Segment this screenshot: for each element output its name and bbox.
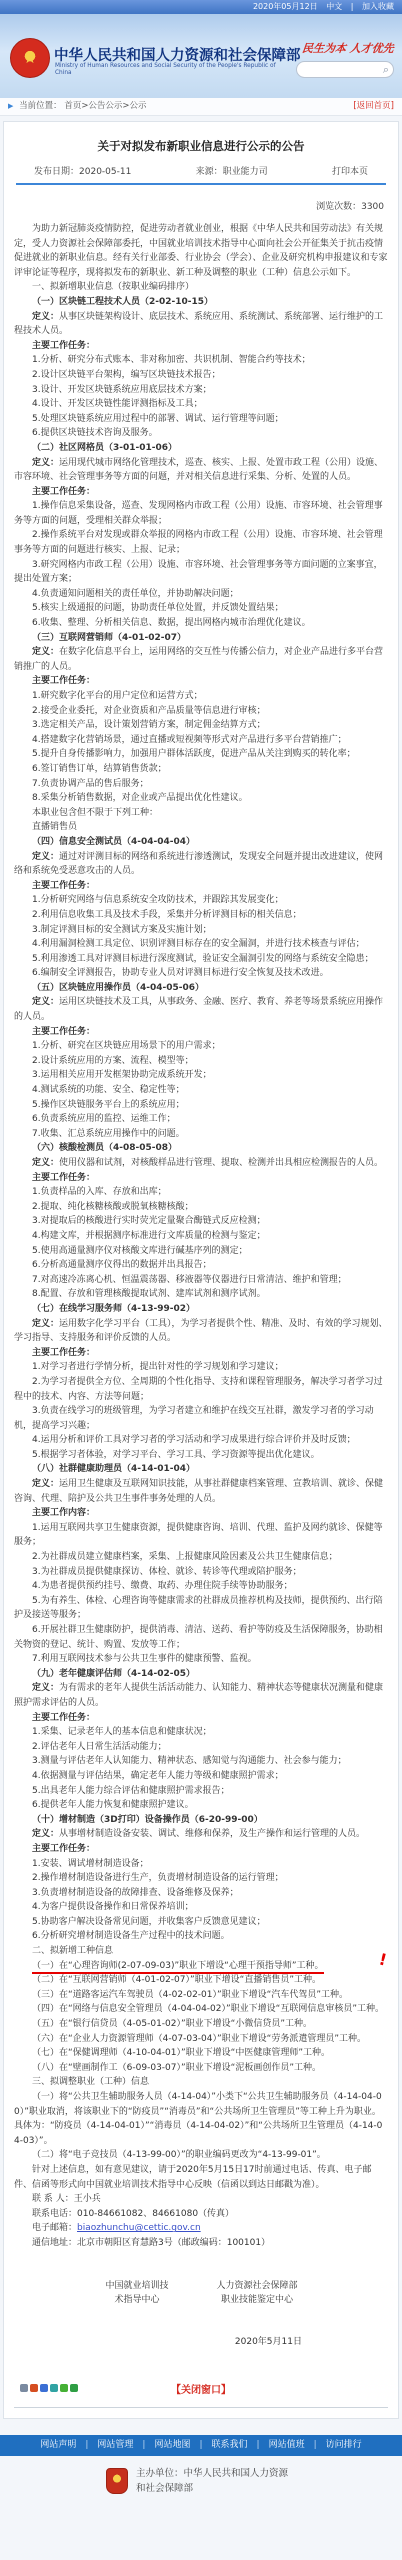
back-home-link[interactable]: [返回首页] <box>353 98 394 115</box>
article-paragraph: （八）社群健康助理员（4-14-01-04） <box>14 1462 388 1477</box>
article-paragraph: 定义：在数字化信息平台上，运用网络的交互性与传播公信力，对企业产品进行多平台营销… <box>14 645 388 674</box>
article-paragraph: 电子邮箱：biaozhunchu@cettic.gov.cn <box>14 2221 388 2236</box>
article-paragraph: 主要工作任务： <box>14 1842 388 1857</box>
article-paragraph: 1.研究数字化平台的用户定位和运营方式； <box>14 689 388 704</box>
article-paragraph: 主要工作任务： <box>14 674 388 689</box>
topbar-separator: | <box>351 2 354 11</box>
article-paragraph: （六）核酸检测员（4-08-05-08） <box>14 1141 388 1156</box>
article-paragraph: 2.操作系统平台对发现或群众举报的网格内市政工程（公用）设施、市容环境、社会管理… <box>14 528 388 557</box>
article-paragraph: （四）在“网络与信息安全管理员（4-04-04-02）”职业下增设“互联网信息审… <box>14 2002 388 2017</box>
article-body: 为助力新冠肺炎疫情防控，促进劳动者就业创业，根据《中华人民共和国劳动法》有关规定… <box>14 222 388 2251</box>
article-paragraph: 1.分析、研究在区块链应用场景下的用户需求； <box>14 1039 388 1054</box>
article-paragraph: 定义：运用现代城市网络化管理技术，巡查、核实、上报、处置市政工程（公用）设施、市… <box>14 456 388 485</box>
article-paragraph: 主要工作内容： <box>14 1506 388 1521</box>
article-paragraph: 6.开展社群卫生健康防护，提供消毒、清洁、送药、看护等防疫及生活保障服务，协助相… <box>14 1623 388 1652</box>
view-counter: 浏览次数：3300 <box>14 199 384 212</box>
article-paragraph: 一、拟新增职业信息（按职业编码排序） <box>14 280 388 295</box>
add-favorite-link[interactable]: 加入收藏 <box>362 2 394 11</box>
article-paragraph: 主要工作任务： <box>14 1711 388 1726</box>
article-paragraph: 2.为学习者提供全方位、全周期的个性化指导、支持和课程管理服务，解决学习者学习过… <box>14 1375 388 1404</box>
article-paragraph: 8.配置、存放和管理核酸提取试剂、建库试剂和测序试剂。 <box>14 1287 388 1302</box>
article-paragraph: 1.分析、研究分布式账本、非对称加密、共识机制、智能合约等技术； <box>14 353 388 368</box>
article-paragraph: 1.分析研究网络与信息系统安全攻防技术，并跟踪其发展变化； <box>14 893 388 908</box>
article-paragraph: 二、拟新增工种信息 <box>14 1944 388 1959</box>
article-paragraph: （九）老年健康评估师（4-14-02-05） <box>14 1667 388 1682</box>
article-paragraph: 针对上述信息，如有意见建议，请于2020年5月15日17时前通过电话、传真、电子… <box>14 2163 388 2192</box>
article-paragraph: 5.使用高通量测序仪对核酸文库进行碱基序列的测定； <box>14 1244 388 1259</box>
article-paragraph: 6.分析研究增材制造设备生产过程中的技术问题。 <box>14 1929 388 1944</box>
article-paragraph: 2.设计系统应用的方案、流程、模型等； <box>14 1054 388 1069</box>
article-paragraph: 定义：运用数字化学习平台（工具），为学习者提供个性、精准、及时、有效的学习规划、… <box>14 1317 388 1346</box>
signature-org-1: 中国就业培训技术指导中心 <box>103 2279 171 2308</box>
article-paragraph: 2.提取、纯化核糖核酸或脱氧核糖核酸； <box>14 1200 388 1215</box>
article-paragraph: 2.利用信息收集工具及技术手段，采集并分析评测目标的相关信息； <box>14 908 388 923</box>
definition-label: 定义： <box>32 312 59 322</box>
close-row: 【关闭窗口】 <box>14 2381 388 2397</box>
article-paragraph: （六）在“企业人力资源管理师（4-07-03-04）”职业下增设“劳务派遣管理员… <box>14 2032 388 2047</box>
article-paragraph: 主要工作任务： <box>14 1171 388 1186</box>
article-paragraph: 定义：为有需求的老年人提供生活活动能力、认知能力、精神状态等健康状况测量和健康照… <box>14 1681 388 1710</box>
article-meta: 发布日期：2020-05-11 来源：职业能力司 打印本页 <box>14 164 388 177</box>
article-paragraph: 8.采集分析销售数据，对企业或产品提出优化性建议。 <box>14 791 388 806</box>
publish-date: 发布日期：2020-05-11 <box>34 164 131 177</box>
article-paragraph: 2.操作增材制造设备进行生产，负责增材制造设备的运行管理； <box>14 1871 388 1886</box>
breadcrumb[interactable]: 首页>公告公示>公示 <box>64 101 146 111</box>
article-paragraph: 3.设计、开发区块链系统应用底层技术方案； <box>14 383 388 398</box>
article-paragraph: 三、拟调整职业（工种）信息 <box>14 2075 388 2090</box>
article-paragraph: 6.负责系统应用的监控、运维工作； <box>14 1112 388 1127</box>
page-title: 关于对拟发布新职业信息进行公示的公告 <box>14 138 388 154</box>
article-paragraph: （十）增材制造（3D打印）设备操作员（6-20-99-00） <box>14 1813 388 1828</box>
article-paragraph: 主要工作任务： <box>14 879 388 894</box>
article-paragraph: 3.选定相关产品，设计策划营销方案，制定佣金结算方式； <box>14 718 388 733</box>
article-paragraph: （七）在“保健调理师（4-10-04-01）”职业下增设“中医健康管理师”工种。 <box>14 2046 388 2061</box>
blue-divider <box>16 183 386 185</box>
footer-link[interactable]: 网站值班 <box>260 2435 314 2456</box>
article-paragraph: 4.为患者提供预约挂号、缴费、取药、办理住院手续等协助服务； <box>14 1579 388 1594</box>
definition-label: 定义： <box>32 647 59 657</box>
article-paragraph: 6.编制安全评测报告，协助专业人员对评测目标进行安全恢复及技术改进。 <box>14 966 388 981</box>
definition-label: 定义： <box>32 1319 59 1329</box>
share-more-icon[interactable] <box>70 2384 78 2392</box>
article-paragraph: （三）在“道路客运汽车驾驶员（4-02-02-01）”职业下增设“汽车代驾员”工… <box>14 1988 388 2003</box>
national-emblem-logo: ★ <box>10 38 50 78</box>
article-paragraph: （五）区块链应用操作员（4-04-05-06） <box>14 981 388 996</box>
article-paragraph: 5.协助客户解决设备常见问题，并收集客户反馈意见建议； <box>14 1915 388 1930</box>
article-paragraph: 4.搭建数字化营销场景，通过直播或短视频等形式对产品进行多平台营销推广； <box>14 733 388 748</box>
definition-label: 定义： <box>32 1829 59 1839</box>
top-utility-bar: 2020年05月12日 中文 | 加入收藏 <box>0 0 402 14</box>
article-paragraph: 1.负责样品的入库、存放和出库； <box>14 1185 388 1200</box>
footer-link[interactable]: 联系我们 <box>203 2435 257 2456</box>
article-paragraph: （八）在“壁画制作工（6-09-03-07）”职业下增设“泥板画创作员”工种。 <box>14 2061 388 2076</box>
article-paragraph: 5.出具老年人能力综合评估和健康照护需求报告； <box>14 1784 388 1799</box>
article-paragraph: （一）在“心理咨询师(2-07-09-03)”职业下增设“心理干预指导师”工种。… <box>14 1959 388 1974</box>
article-paragraph: 联 系 人：王小兵 <box>14 2192 388 2207</box>
definition-label: 定义： <box>32 1158 59 1168</box>
article-paragraph: 5.提升自身传播影响力，加强用户群体活跃度，促进产品从关注到购买的转化率； <box>14 747 388 762</box>
article-paragraph: （七）在线学习服务师（4-13-99-02） <box>14 1302 388 1317</box>
article-paragraph: 4.利用漏洞检测工具定位、识别评测目标存在的安全漏洞，并进行技术核查与评估； <box>14 937 388 952</box>
footer-link[interactable]: 网站地图 <box>145 2435 199 2456</box>
footer-host: 主办单位：中华人民共和国人力资源和社会保障部 <box>0 2456 402 2496</box>
article-paragraph: （一）将“公共卫生辅助服务人员（4-14-04）”小类下“公共卫生辅助服务员（4… <box>14 2090 388 2148</box>
signature-org-2: 人力资源社会保障部职业技能鉴定中心 <box>215 2279 299 2308</box>
footer-link[interactable]: 访问排行 <box>317 2435 371 2456</box>
article-paragraph: 7.收集、汇总系统应用操作中的问题。 <box>14 1127 388 1142</box>
article-paragraph: （四）信息安全测试员（4-04-04-04） <box>14 835 388 850</box>
article-paragraph: 3.制定评测目标的安全测试方案及实施计划； <box>14 923 388 938</box>
language-link[interactable]: 中文 <box>326 2 342 11</box>
article-paragraph: 4.依据测量与评估结果，确定老年人能力等级和健康照护需求； <box>14 1769 388 1784</box>
article-paragraph: 5.利用渗透工具对评测目标进行深度测试，验证安全漏洞引发的网络与系统安全隐患； <box>14 952 388 967</box>
ministry-name-en: Ministry of Human Resources and Social S… <box>55 63 290 77</box>
article-paragraph: （五）在“银行信贷员（4-05-01-02）”职业下增设“小微信贷员”工种。 <box>14 2017 388 2032</box>
article-paragraph: （二）在“互联网营销师（4-01-02-07）”职业下增设“直播销售员”工种。 <box>14 1973 388 1988</box>
email-link[interactable]: biaozhunchu@cettic.gov.cn <box>77 2223 201 2233</box>
article-paragraph: 4.测试系统的功能、安全、稳定性等； <box>14 1083 388 1098</box>
definition-label: 定义： <box>32 997 59 1007</box>
article-paragraph: 5.操作区块链服务平台上的系统应用； <box>14 1098 388 1113</box>
article-paragraph: 定义：从事区块链架构设计、底层技术、系统应用、系统测试、系统部署、运行维护的工程… <box>14 310 388 339</box>
article-paragraph: 定义：运用区块链技术及工具，从事政务、金融、医疗、教育、养老等场景系统应用操作的… <box>14 995 388 1024</box>
article-paragraph: 定义：从事增材制造设备安装、调试、维修和保养，及生产操作和运行管理的人员。 <box>14 1827 388 1842</box>
footer-emblem-icon <box>106 2468 128 2494</box>
article-paragraph: 3.为社群成员提供健康探访、体检、就诊、转诊等代理或陪护服务； <box>14 1565 388 1580</box>
article-paragraph: 本职业包含但不限于下列工种： <box>14 806 388 821</box>
article-paragraph: 通信地址：北京市朝阳区育慧路3号（邮政编码：100101） <box>14 2236 388 2251</box>
article-paragraph: 3.研究网格内市政工程（公用）设施、市容环境、社会管理事务等方面问题的立案事宜，… <box>14 558 388 587</box>
article-paragraph: （二）将“电子竞技员（4-13-99-00）”的职业编码更改为“4-13-99-… <box>14 2148 388 2163</box>
article-paragraph: 3.负责在线学习的班级管理，为学习者建立和维护在线交互社群，激发学习者的学习动机… <box>14 1404 388 1433</box>
article-paragraph: 4.为客户提供设备操作和日常保养培训； <box>14 1900 388 1915</box>
article-paragraph: 7.负责协调产品的售后服务； <box>14 777 388 792</box>
article-paragraph: 1.采集、记录老年人的基本信息和健康状况； <box>14 1725 388 1740</box>
article-paragraph: 2.为社群成员建立健康档案，采集、上报健康风险因素及公共卫生健康信息； <box>14 1550 388 1565</box>
share-douban-icon[interactable] <box>50 2384 58 2392</box>
article-paragraph: 4.运用分析和评价工具对学习者的学习活动和学习成果进行综合评价并及时反馈； <box>14 1433 388 1448</box>
red-underlined-text: （一）在“心理咨询师(2-07-09-03)”职业下增设“心理干预指导师”工种。 <box>32 1961 324 1974</box>
footer-nav-bar: 网站声明|网站管理|网站地图|联系我们|网站值班|访问排行 <box>0 2435 402 2456</box>
search-box[interactable]: ⌕ <box>296 61 394 78</box>
article-paragraph: （三）互联网营销师（4-01-02-07） <box>14 631 388 646</box>
breadcrumb-arrow-icon: ▶ <box>8 102 13 110</box>
current-date: 2020年05月12日 <box>253 2 318 11</box>
article-paragraph: 4.构建文库，并根据测序标准进行文库质量的检测与鉴定； <box>14 1229 388 1244</box>
definition-label: 定义： <box>32 1479 59 1489</box>
bottom-divider <box>14 2407 388 2408</box>
article-paragraph: 2.接受企业委托，对企业资质和产品质量等信息进行审核； <box>14 704 388 719</box>
article-paragraph: 定义：通过对评测目标的网络和系统进行渗透测试，发现安全问题并提出改进建议，使网络… <box>14 850 388 879</box>
share-wechat-icon[interactable] <box>60 2384 68 2392</box>
article-paragraph: 3.运用相关应用开发框架协助完成系统开发； <box>14 1068 388 1083</box>
site-banner: ★ 中华人民共和国人力资源和社会保障部 Ministry of Human Re… <box>0 14 402 98</box>
article-paragraph: 1.对学习者进行学情分析，提出针对性的学习规划和学习建议； <box>14 1360 388 1375</box>
share-icons <box>20 2384 78 2392</box>
share-qq-icon[interactable] <box>40 2384 48 2392</box>
article-paragraph: 主要工作任务： <box>14 339 388 354</box>
share-weibo-icon[interactable] <box>30 2384 38 2392</box>
article-paragraph: 2.评估老年人日常生活活动能力； <box>14 1740 388 1755</box>
article-paragraph: （一）区块链工程技术人员（2-02-10-15） <box>14 295 388 310</box>
article-paragraph: 主要工作任务： <box>14 1346 388 1361</box>
article-paragraph: 4.负责通知问题相关的责任单位，并协助解决问题； <box>14 587 388 602</box>
article-paragraph: 3.负责增材制造设备的故障排查、设备维修及保养； <box>14 1886 388 1901</box>
article-paragraph: 6.分析高通量测序仪得出的数据并出具报告； <box>14 1258 388 1273</box>
article-paragraph: 主要工作任务： <box>14 1025 388 1040</box>
print-page-button[interactable]: 打印本页 <box>332 164 368 177</box>
definition-label: 定义： <box>32 1683 59 1693</box>
search-icon[interactable]: ⌕ <box>383 62 389 77</box>
page: 2020年05月12日 中文 | 加入收藏 ★ 中华人民共和国人力资源和社会保障… <box>0 0 402 2496</box>
article-paragraph: 定义：使用仪器和试剂，对核酸样品进行管理、提取、检测并出具相应检测报告的人员。 <box>14 1156 388 1171</box>
article-paragraph: （二）社区网格员（3-01-01-06） <box>14 441 388 456</box>
article-paragraph: 7.利用互联网技术参与公共卫生事件的健康预警、监视。 <box>14 1652 388 1667</box>
search-input[interactable] <box>303 63 377 76</box>
article-paragraph: 1.操作信息采集设备，巡查、发现网格内市政工程（公用）设施、市容环境、社会管理事… <box>14 499 388 528</box>
footer-link[interactable]: 网站管理 <box>88 2435 142 2456</box>
article-paragraph: 5.核实上级通报的问题，协助责任单位处置，并反馈处置结果； <box>14 601 388 616</box>
definition-label: 定义： <box>32 458 59 468</box>
article-paragraph: 1.安装、调试增材制造设备； <box>14 1857 388 1872</box>
slogan-calligraphy: 民生为本 人才优先 <box>301 40 395 56</box>
article-paragraph: 6.签订销售订单，结算销售货款； <box>14 762 388 777</box>
signature-block: 中国就业培训技术指导中心 人力资源社会保障部职业技能鉴定中心 <box>14 2279 388 2308</box>
definition-label: 定义： <box>32 852 59 862</box>
article-paragraph: 为助力新冠肺炎疫情防控，促进劳动者就业创业，根据《中华人民共和国劳动法》有关规定… <box>14 222 388 280</box>
signature-date: 2020年5月11日 <box>14 2334 388 2347</box>
article-paragraph: 4.设计、开发区块链性能评测指标及工具； <box>14 397 388 412</box>
breadcrumb-label: 当前位置： <box>19 101 62 111</box>
article-paragraph: 7.对高速冷冻离心机、恒温震荡器、移液器等仪器进行日常清洁、维护和管理； <box>14 1273 388 1288</box>
article-paragraph: 3.对提取后的核酸进行实时荧光定量聚合酶链式反应检测； <box>14 1214 388 1229</box>
article-paragraph: 直播销售员 <box>14 820 388 835</box>
article-paragraph: 主要工作任务： <box>14 485 388 500</box>
article-paragraph: 2.设计区块链平台架构，编写区块链技术报告； <box>14 368 388 383</box>
ministry-name-cn: 中华人民共和国人力资源和社会保障部 <box>54 44 301 65</box>
article-paragraph: 6.提供区块链技术咨询及服务。 <box>14 426 388 441</box>
article-paragraph: 5.为有养生、体检、心理咨询等健康需求的社群成员推荐机构及技师，提供预约、出行陪… <box>14 1594 388 1623</box>
article-paragraph: 1.运用互联网共享卫生健康资源，提供健康咨询、培训、代理、监护及网约就诊、保健等… <box>14 1521 388 1550</box>
article-paragraph: 5.处理区块链系统应用过程中的部署、调试、运行管理等问题； <box>14 412 388 427</box>
article-paragraph: 定义：运用卫生健康及互联网知识技能，从事社群健康档案管理、宣教培训、就诊、保健咨… <box>14 1477 388 1506</box>
footer-link[interactable]: 网站声明 <box>31 2435 85 2456</box>
article-paragraph: 6.收集、整理、分析相关信息、数据，提出网格内城市治理优化建议。 <box>14 616 388 631</box>
article-paragraph: 3.测量与评估老年人认知能力、精神状态、感知觉与沟通能力、社会参与能力； <box>14 1754 388 1769</box>
source: 来源：职业能力司 <box>196 164 268 177</box>
article-paragraph: 5.根据学习者体验，对学习平台、学习工具、学习资源等提出优化建议。 <box>14 1448 388 1463</box>
share-qzone-icon[interactable] <box>20 2384 28 2392</box>
footer-host-text: 主办单位：中华人民共和国人力资源和社会保障部 <box>136 2466 296 2496</box>
article-paragraph: 联系电话：010-84661082、84661080（传真） <box>14 2207 388 2222</box>
article-card: 关于对拟发布新职业信息进行公示的公告 发布日期：2020-05-11 来源：职业… <box>3 121 399 2419</box>
breadcrumb-bar: ▶ 当前位置： 首页>公告公示>公示 [返回首页] <box>0 98 402 116</box>
article-paragraph: 6.提供老年人能力恢复和健康照护建议。 <box>14 1798 388 1813</box>
